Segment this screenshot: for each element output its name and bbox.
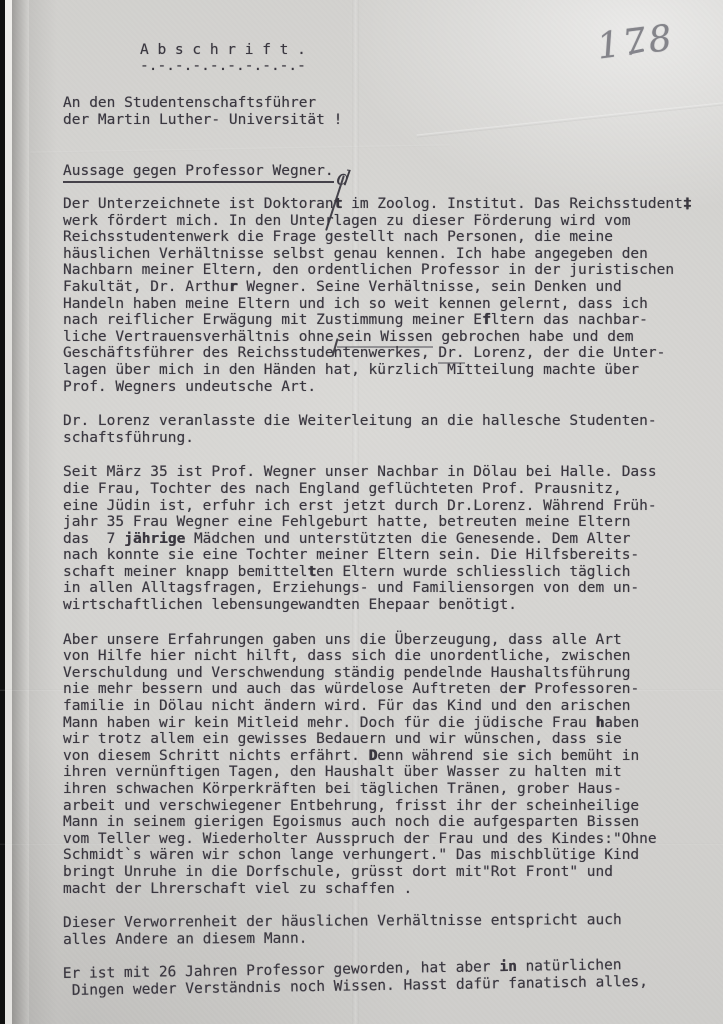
document-line: lagen über mich in den Händen hat, kürzl…: [63, 362, 723, 379]
document-line: wirtschaftlichen lebensungewandten Ehepa…: [63, 597, 723, 614]
recipient-line: der Martin Luther- Universität !: [63, 112, 342, 129]
text-segment: aben: [604, 715, 639, 731]
text-segment: familie in Dölau nicht ändern wird. Für …: [63, 698, 630, 714]
document-body: Der Unterzeichnete ist Doktorant im Zool…: [63, 196, 723, 1018]
text-segment: nie mehr bessern und auch das würdelose …: [63, 681, 517, 697]
document-line: bringt Unruhe in die Dorfschule, grüsst …: [63, 864, 723, 881]
text-segment-ovr: t: [307, 564, 316, 580]
document-line: Dr. Lorenz veranlasste die Weiterleitung…: [63, 413, 723, 430]
text-segment: Mann haben wir kein Mitleid mehr. Doch f…: [63, 715, 596, 731]
document-line: liche Vertrauensverhältnis ohnesein Wiss…: [63, 329, 723, 346]
text-segment: jahr 35 Frau Wegner eine Fehlgeburt hatt…: [63, 514, 630, 530]
text-segment: nach reiflicher Erwägung mit Zustimmung …: [63, 312, 482, 328]
paper-corner-fold: [695, 0, 723, 30]
text-segment: schaft meiner knapp bemittel: [63, 564, 307, 580]
text-segment: enn während sie sich bemüht in: [377, 748, 639, 764]
scan-edge-shadow: [12, 0, 29, 1024]
document-line: wir trotz allem ein gewisses Bedauern un…: [63, 731, 723, 748]
text-segment: Aber unsere Erfahrungen gaben uns die Üb…: [63, 632, 622, 648]
text-segment: Dr. Lorenz veranlasste die Weiterleitung…: [63, 413, 657, 429]
document-line: Geschäftsführer des Reichsstudentenwerke…: [63, 345, 723, 362]
scan-edge-paper: [5, 0, 12, 1024]
document-line: Fakultät, Dr. Arthur Wegner. Seine Verhä…: [63, 279, 723, 296]
recipient-line: An den Studentenschaftsführer: [63, 95, 342, 112]
document-line: Mann haben wir kein Mitleid mehr. Doch f…: [63, 715, 723, 732]
document-line: Handeln haben meine Eltern und ich so we…: [63, 296, 723, 313]
text-segment: im Zoolog. Institut. Das Reichsstudent: [342, 196, 682, 212]
document-line: Nachbarn meiner Eltern, den ordentlichen…: [63, 262, 723, 279]
text-segment-ovr: h: [596, 715, 605, 731]
paragraph: Dr. Lorenz veranlasste die Weiterleitung…: [63, 413, 723, 446]
document-line: alles Andere an diesem Mann.: [63, 928, 723, 948]
text-segment: en Eltern wurde schliesslich täglich: [316, 564, 630, 580]
document-line: häuslichen Verhältnisse selbst genau ken…: [63, 246, 723, 263]
text-segment: ihren schwachen Körperkräften bei täglic…: [63, 781, 622, 797]
text-segment: Handeln haben meine Eltern und ich so we…: [63, 296, 648, 312]
paragraph: Seit März 35 ist Prof. Wegner unser Nach…: [63, 464, 723, 613]
text-segment: Fakultät, Dr. Arthu: [63, 279, 229, 295]
text-segment: vom Teller weg. Wiederholter Ausspruch d…: [63, 831, 657, 847]
text-segment: lagen über mich in den Händen hat, kürzl…: [63, 362, 639, 378]
text-segment: arbeit und verschwiegener Entbehrung, fr…: [63, 798, 639, 814]
text-segment: Geschäftsführer des Reichsstudentenwerke…: [63, 345, 438, 361]
text-segment-ovr: r: [229, 279, 238, 295]
document-line: Aber unsere Erfahrungen gaben uns die Üb…: [63, 632, 723, 649]
document-line: ihren schwachen Körperkräften bei täglic…: [63, 781, 723, 798]
recipient-block: An den Studentenschaftsführer der Martin…: [63, 95, 342, 128]
document-line: Reichsstudentenwerk die Frage gestellt n…: [63, 229, 723, 246]
text-segment: macht der Lhrerschaft viel zu schaffen .: [63, 881, 412, 897]
handwritten-page-number: 178: [595, 17, 677, 67]
text-segment-boldtype: in: [499, 959, 517, 975]
text-segment: häuslichen Verhältnisse selbst genau ken…: [63, 246, 648, 262]
document-line: schaftsführung.: [63, 430, 723, 447]
text-segment: Professoren-: [526, 681, 640, 697]
text-segment: bringt Unruhe in die Dorfschule, grüsst …: [63, 864, 613, 880]
paragraph: Er ist mit 26 Jahren Professor geworden,…: [63, 956, 723, 1000]
paper-crease: [30, 144, 450, 153]
document-line: Schmidt`s wären wir schon lange verhunge…: [63, 847, 723, 864]
text-segment: natürlichen: [517, 958, 622, 976]
text-segment: Seit März 35 ist Prof. Wegner unser Nach…: [63, 464, 657, 480]
document-line: Prof. Wegners undeutsche Art.: [63, 379, 723, 396]
document-line: eine Jüdin ist, erfuhr ich erst jetzt du…: [63, 498, 723, 515]
text-segment: schaftsführung.: [63, 430, 194, 446]
text-segment: in allen Alltagsfragen, Erziehungs- und …: [63, 580, 639, 596]
text-segment: wir trotz allem ein gewisses Bedauern un…: [63, 731, 622, 747]
paragraph: Aber unsere Erfahrungen gaben uns die Üb…: [63, 632, 723, 898]
text-segment: von Hilfe hier nicht hilft, dass sich di…: [63, 648, 630, 664]
text-segment: Reichsstudentenwerk die Frage gestellt n…: [63, 229, 613, 245]
document-line: nach konnte sie eine Tochter meiner Elte…: [63, 547, 723, 564]
document-line: macht der Lhrerschaft viel zu schaffen .: [63, 881, 723, 898]
text-segment: das 7: [63, 531, 124, 547]
text-segment: Nachbarn meiner Eltern, den ordentlichen…: [63, 262, 674, 278]
text-segment-boldtype: jährige: [124, 531, 185, 547]
text-segment: wirtschaftlichen lebensungewandten Ehepa…: [63, 597, 517, 613]
text-segment: ltern das nachbar-: [491, 312, 648, 328]
text-segment-ovr: f: [482, 312, 491, 328]
text-segment: gebrochen habe und dem: [433, 329, 634, 345]
document-line: Verschuldung und Verschwendung ständig p…: [63, 665, 723, 682]
paper-crease: [417, 101, 723, 137]
text-segment: Mann in seinem gierigen Egoismus auch no…: [63, 814, 639, 830]
text-segment: Verschuldung und Verschwendung ständig p…: [63, 665, 630, 681]
document-page: 178 A b s c h r i f t . -.-.-.-.-.-.-.-.…: [0, 0, 723, 1024]
document-line: von Hilfe hier nicht hilft, dass sich di…: [63, 648, 723, 665]
document-line: ihren vernünftigen Tagen, den Haushalt ü…: [63, 764, 723, 781]
document-line: jahr 35 Frau Wegner eine Fehlgeburt hatt…: [63, 514, 723, 531]
subject-heading: Aussage gegen Professor Wegner.: [63, 163, 334, 183]
document-line: schaft meiner knapp bemittelten Eltern w…: [63, 564, 723, 581]
text-segment: alles Andere an diesem Mann.: [63, 930, 308, 947]
text-segment: Dieser Verworrenheit der häuslichen Verh…: [63, 912, 622, 931]
paragraph: Dieser Verworrenheit der häuslichen Verh…: [63, 912, 723, 949]
text-segment: liche Vertrauensverhältnis ohne: [63, 329, 334, 345]
text-segment: ihren vernünftigen Tagen, den Haushalt ü…: [63, 764, 622, 780]
document-line: von diesem Schritt nichts erfährt. Denn …: [63, 748, 723, 765]
document-title: A b s c h r i f t .: [140, 42, 306, 59]
document-line: werk fördert mich. In den Unterlagen zu …: [63, 213, 723, 230]
document-line: familie in Dölau nicht ändern wird. Für …: [63, 698, 723, 715]
text-segment: eine Jüdin ist, erfuhr ich erst jetzt du…: [63, 498, 657, 514]
paragraph: Der Unterzeichnete ist Doktorant im Zool…: [63, 196, 723, 395]
scan-edge-shadow-soft: [29, 0, 57, 1024]
text-segment: Lorenz, der die Unter-: [465, 345, 666, 361]
text-segment: Mädchen und unterstützten die Genesende.…: [185, 531, 630, 547]
document-line: Seit März 35 ist Prof. Wegner unser Nach…: [63, 464, 723, 481]
document-line: in allen Alltagsfragen, Erziehungs- und …: [63, 580, 723, 597]
document-line: Mann in seinem gierigen Egoismus auch no…: [63, 814, 723, 831]
text-segment: die Frau, Tochter des nach England geflü…: [63, 481, 622, 497]
document-line: die Frau, Tochter des nach England geflü…: [63, 481, 723, 498]
text-segment: Wegner. Seine Verhältnisse, sein Denken …: [238, 279, 622, 295]
title-underline-dashes: -.-.-.-.-.-.-.-.-.-: [140, 58, 306, 75]
text-segment: werk fördert mich. In den Unterlagen zu …: [63, 213, 630, 229]
text-segment: Prof. Wegners undeutsche Art.: [63, 379, 316, 395]
text-segment-ovr: ‡: [683, 196, 692, 212]
text-segment: von diesem Schritt nichts erfährt.: [63, 748, 369, 764]
text-segment: nach konnte sie eine Tochter meiner Elte…: [63, 547, 639, 563]
text-segment-ovr: r: [517, 681, 526, 697]
document-line: arbeit und verschwiegener Entbehrung, fr…: [63, 798, 723, 815]
text-segment: Der Unterzeichnete ist Doktoran: [63, 196, 334, 212]
document-line: nie mehr bessern und auch das würdelose …: [63, 681, 723, 698]
document-line: vom Teller weg. Wiederholter Ausspruch d…: [63, 831, 723, 848]
document-line: nach reiflicher Erwägung mit Zustimmung …: [63, 312, 723, 329]
text-segment-ovr: D: [369, 748, 378, 764]
text-segment: Schmidt`s wären wir schon lange verhunge…: [63, 847, 639, 863]
document-line: Der Unterzeichnete ist Doktorant im Zool…: [63, 196, 723, 213]
document-line: das 7 jährige Mädchen und unterstützten …: [63, 531, 723, 548]
